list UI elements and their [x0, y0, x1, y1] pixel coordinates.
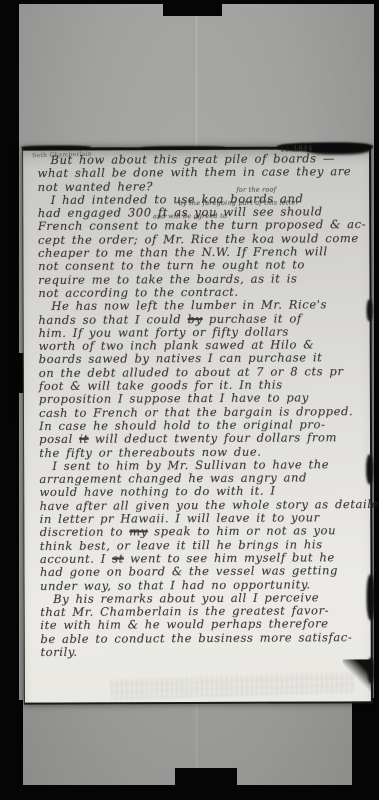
photostat-frame: Seth Chamberlain 1844 But how about this… — [0, 0, 379, 800]
interlinear-insert: 16 W — [268, 146, 299, 153]
interlinear-insert: and will be agreed to — [153, 213, 227, 220]
ink-show-through — [111, 672, 356, 700]
torn-edge — [141, 146, 225, 149]
edge-blotch — [367, 574, 375, 620]
letter-line: torily. — [40, 644, 360, 659]
edge-blotch — [366, 454, 373, 484]
film-edge-left — [0, 0, 19, 800]
torn-edge — [21, 145, 91, 149]
letter-body: But how about this great pile of boards … — [37, 152, 360, 659]
interlinear-insert: for the roof — [223, 186, 276, 193]
film-edge-right — [374, 0, 379, 800]
film-fold-line — [196, 8, 197, 150]
film-edge-corner — [352, 698, 379, 800]
film-notch-bottom — [175, 768, 237, 800]
interlinear-insert: by the foregoing part of this letter — [178, 200, 298, 208]
letter-page: Seth Chamberlain 1844 But how about this… — [22, 146, 373, 704]
edge-blotch — [367, 299, 373, 321]
film-notch-top — [163, 0, 222, 16]
film-edge-corner — [0, 700, 23, 800]
